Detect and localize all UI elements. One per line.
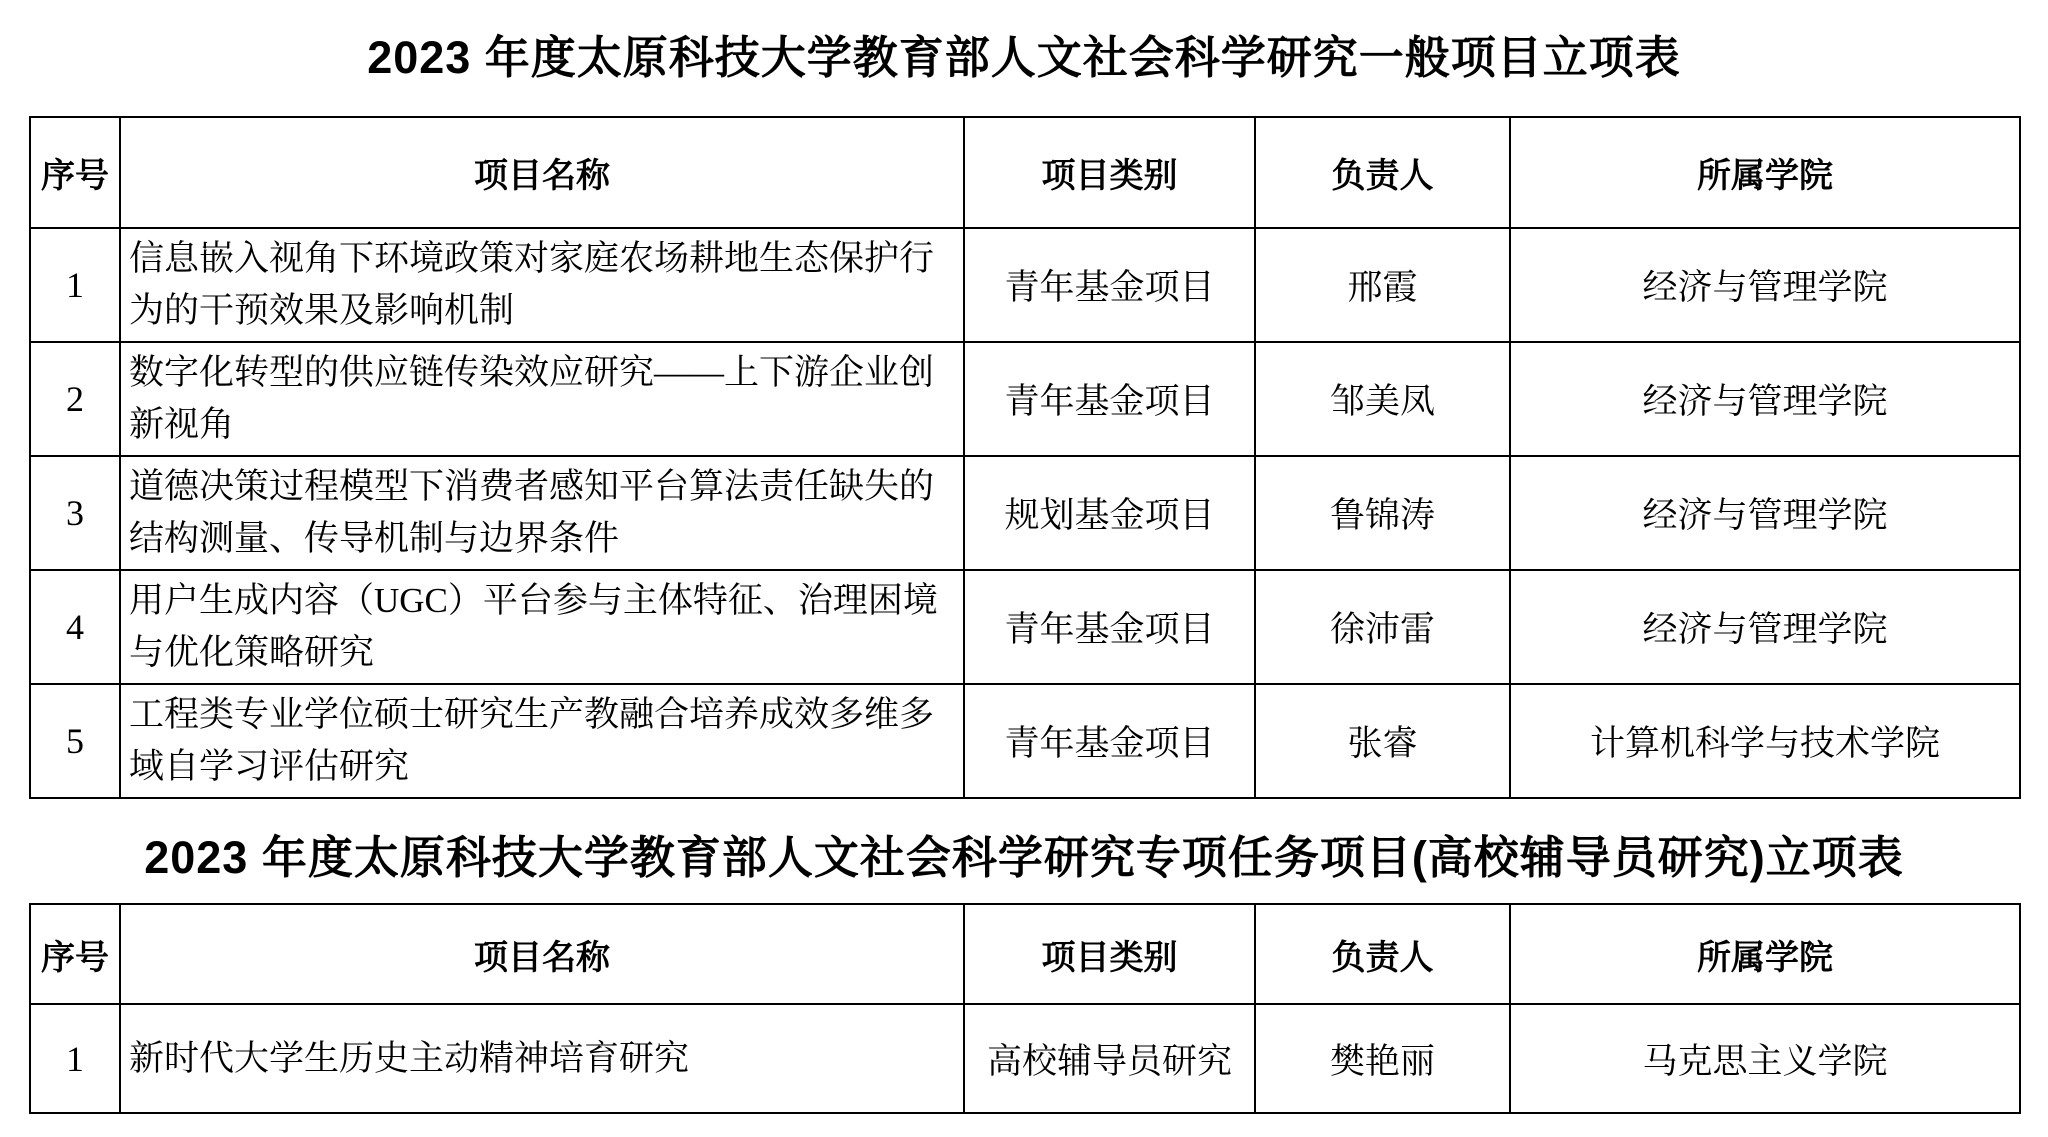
table-header-row: 序号 项目名称 项目类别 负责人 所属学院 xyxy=(30,904,2020,1004)
column-header-category: 项目类别 xyxy=(964,117,1255,228)
general-projects-table: 序号 项目名称 项目类别 负责人 所属学院 1 信息嵌入视角下环境政策对家庭农场… xyxy=(29,116,2021,799)
column-header-name: 项目名称 xyxy=(120,904,964,1004)
cell-category: 青年基金项目 xyxy=(964,684,1255,798)
cell-project-name: 数字化转型的供应链传染效应研究——上下游企业创新视角 xyxy=(120,342,964,456)
cell-college: 计算机科学与技术学院 xyxy=(1510,684,2020,798)
column-header-category: 项目类别 xyxy=(964,904,1255,1004)
special-projects-table: 序号 项目名称 项目类别 负责人 所属学院 1 新时代大学生历史主动精神培育研究… xyxy=(29,903,2021,1114)
cell-category: 规划基金项目 xyxy=(964,456,1255,570)
table-row: 3 道德决策过程模型下消费者感知平台算法责任缺失的结构测量、传导机制与边界条件 … xyxy=(30,456,2020,570)
column-header-college: 所属学院 xyxy=(1510,904,2020,1004)
table-row: 4 用户生成内容（UGC）平台参与主体特征、治理困境与优化策略研究 青年基金项目… xyxy=(30,570,2020,684)
cell-category: 青年基金项目 xyxy=(964,228,1255,342)
cell-category: 高校辅导员研究 xyxy=(964,1004,1255,1113)
cell-no: 1 xyxy=(30,1004,120,1113)
cell-project-name: 新时代大学生历史主动精神培育研究 xyxy=(120,1004,964,1113)
table-row: 2 数字化转型的供应链传染效应研究——上下游企业创新视角 青年基金项目 邹美凤 … xyxy=(30,342,2020,456)
column-header-leader: 负责人 xyxy=(1255,904,1510,1004)
special-projects-title: 2023 年度太原科技大学教育部人文社会科学研究专项任务项目(高校辅导员研究)立… xyxy=(0,830,2048,886)
table-row: 5 工程类专业学位硕士研究生产教融合培养成效多维多域自学习评估研究 青年基金项目… xyxy=(30,684,2020,798)
cell-category: 青年基金项目 xyxy=(964,342,1255,456)
column-header-leader: 负责人 xyxy=(1255,117,1510,228)
cell-college: 经济与管理学院 xyxy=(1510,228,2020,342)
cell-leader: 鲁锦涛 xyxy=(1255,456,1510,570)
cell-no: 5 xyxy=(30,684,120,798)
cell-college: 经济与管理学院 xyxy=(1510,342,2020,456)
cell-category: 青年基金项目 xyxy=(964,570,1255,684)
cell-leader: 邹美凤 xyxy=(1255,342,1510,456)
cell-leader: 张睿 xyxy=(1255,684,1510,798)
cell-project-name: 道德决策过程模型下消费者感知平台算法责任缺失的结构测量、传导机制与边界条件 xyxy=(120,456,964,570)
column-header-college: 所属学院 xyxy=(1510,117,2020,228)
cell-no: 4 xyxy=(30,570,120,684)
cell-no: 3 xyxy=(30,456,120,570)
cell-no: 1 xyxy=(30,228,120,342)
cell-project-name: 工程类专业学位硕士研究生产教融合培养成效多维多域自学习评估研究 xyxy=(120,684,964,798)
cell-project-name: 用户生成内容（UGC）平台参与主体特征、治理困境与优化策略研究 xyxy=(120,570,964,684)
cell-college: 经济与管理学院 xyxy=(1510,456,2020,570)
table-row: 1 信息嵌入视角下环境政策对家庭农场耕地生态保护行为的干预效果及影响机制 青年基… xyxy=(30,228,2020,342)
column-header-no: 序号 xyxy=(30,904,120,1004)
cell-leader: 徐沛雷 xyxy=(1255,570,1510,684)
cell-leader: 邢霞 xyxy=(1255,228,1510,342)
general-projects-title: 2023 年度太原科技大学教育部人文社会科学研究一般项目立项表 xyxy=(0,30,2048,86)
table-header-row: 序号 项目名称 项目类别 负责人 所属学院 xyxy=(30,117,2020,228)
table-row: 1 新时代大学生历史主动精神培育研究 高校辅导员研究 樊艳丽 马克思主义学院 xyxy=(30,1004,2020,1113)
cell-project-name: 信息嵌入视角下环境政策对家庭农场耕地生态保护行为的干预效果及影响机制 xyxy=(120,228,964,342)
cell-no: 2 xyxy=(30,342,120,456)
column-header-no: 序号 xyxy=(30,117,120,228)
document-page: 2023 年度太原科技大学教育部人文社会科学研究一般项目立项表 序号 项目名称 … xyxy=(0,0,2048,1137)
cell-college: 马克思主义学院 xyxy=(1510,1004,2020,1113)
column-header-name: 项目名称 xyxy=(120,117,964,228)
cell-college: 经济与管理学院 xyxy=(1510,570,2020,684)
cell-leader: 樊艳丽 xyxy=(1255,1004,1510,1113)
